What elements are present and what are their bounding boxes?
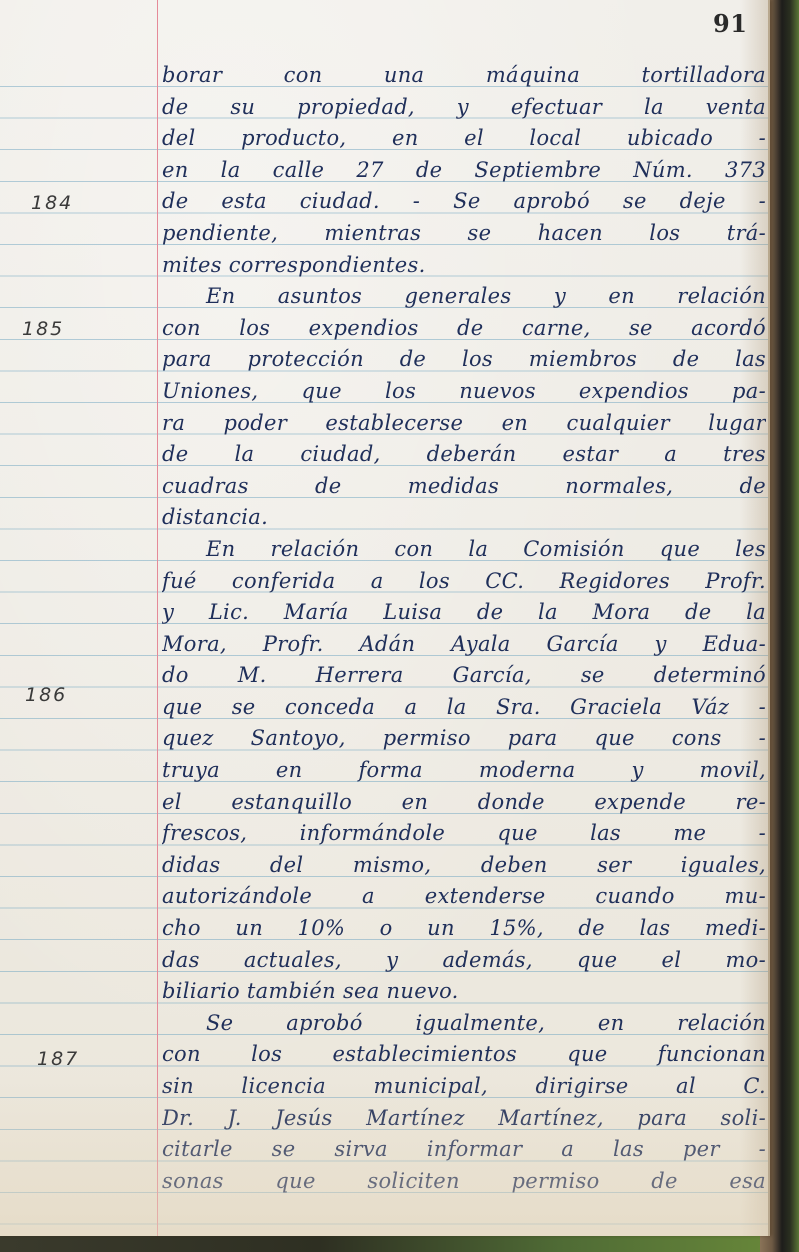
text-line: truya en forma moderna y movil, [162,755,766,787]
text-line: didas del mismo, deben ser iguales, [162,850,766,882]
text-line: Dr. J. Jesús Martínez Martínez, para sol… [162,1103,766,1135]
text-line: Mora, Profr. Adán Ayala García y Edua- [162,629,766,661]
text-line: das actuales, y además, que el mo- [162,945,766,977]
red-margin-line [157,0,158,1236]
handwritten-text-block: borar con una máquina tortilladora de su… [162,60,766,1197]
text-line: para protección de los miembros de las [162,344,766,376]
text-line: mites correspondientes. [162,250,766,282]
paragraph-start-line: Se aprobó igualmente, en relación [162,1008,766,1040]
entry-number-184: 184 [31,192,73,214]
text-line: del producto, en el local ubicado - [162,123,766,155]
text-line: y Lic. María Luisa de la Mora de la [162,597,766,629]
page-number: 91 [713,9,747,38]
entry-number-187: 187 [37,1048,79,1070]
text-line: con los expendios de carne, se acordó [162,313,766,345]
text-line: do M. Herrera García, se determinó [162,660,766,692]
text-line: sin licencia municipal, dirigirse al C. [162,1071,766,1103]
text-line: ra poder establecerse en cualquier lugar [162,408,766,440]
text-line: distancia. [162,502,766,534]
entry-number-186: 186 [25,684,67,706]
text-line: quez Santoyo, permiso para que cons - [162,723,766,755]
text-line: fué conferida a los CC. Regidores Profr. [162,566,766,598]
text-line: en la calle 27 de Septiembre Núm. 373 [162,155,766,187]
entry-number-185: 185 [22,318,64,340]
text-line: autorizándole a extenderse cuando mu- [162,881,766,913]
text-line: de esta ciudad. - Se aprobó se deje - [162,186,766,218]
text-line: de su propiedad, y efectuar la venta [162,92,766,124]
text-line: citarle se sirva informar a las per - [162,1134,766,1166]
text-line: con los establecimientos que funcionan [162,1039,766,1071]
paragraph-start-line: En relación con la Comisión que les [162,534,766,566]
text-line: borar con una máquina tortilladora [162,60,766,92]
ledger-page: 91 184 185 186 187 borar con una máquina… [0,0,770,1236]
text-line: pendiente, mientras se hacen los trá- [162,218,766,250]
text-line: que se conceda a la Sra. Graciela Váz - [162,692,766,724]
text-line: Uniones, que los nuevos expendios pa- [162,376,766,408]
text-line: sonas que soliciten permiso de esa [162,1166,766,1198]
text-line: biliario también sea nuevo. [162,976,766,1008]
document-photo: 91 184 185 186 187 borar con una máquina… [0,0,799,1252]
text-line: cho un 10% o un 15%, de las medi- [162,913,766,945]
text-line: el estanquillo en donde expende re- [162,787,766,819]
text-line: frescos, informándole que las me - [162,818,766,850]
text-line: cuadras de medidas normales, de [162,471,766,503]
text-line: de la ciudad, deberán estar a tres [162,439,766,471]
paragraph-start-line: En asuntos generales y en relación [162,281,766,313]
